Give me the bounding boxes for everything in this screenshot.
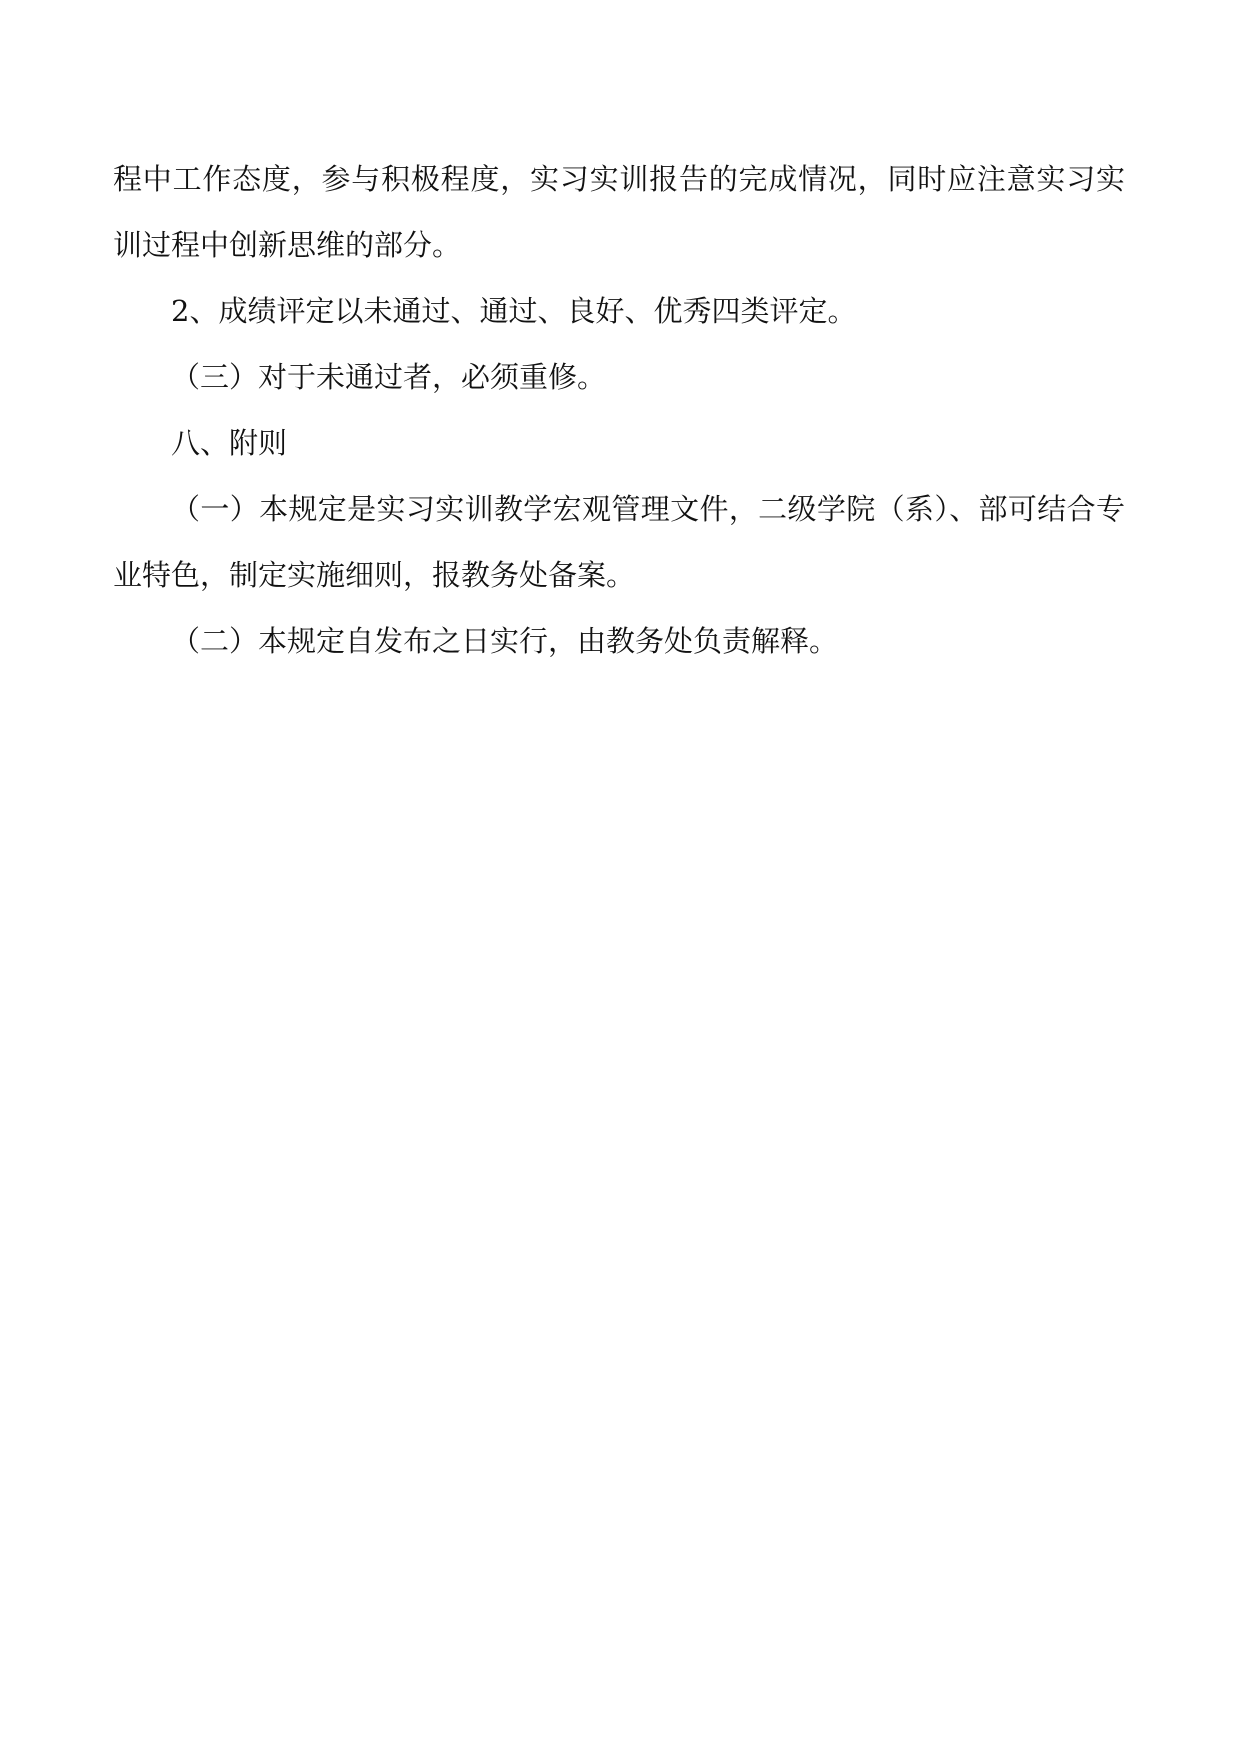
section-heading-supplementary-provisions: 八、附则: [113, 410, 1125, 476]
paragraph-retake-clause: （三）对于未通过者，必须重修。: [113, 344, 1125, 410]
paragraph-grading-clause: 2、成绩评定以未通过、通过、良好、优秀四类评定。: [113, 278, 1125, 344]
paragraph-provision-one: （一）本规定是实习实训教学宏观管理文件，二级学院（系）、部可结合专业特色，制定实…: [113, 476, 1125, 608]
paragraph-provision-two: （二）本规定自发布之日实行，由教务处负责解释。: [113, 608, 1125, 674]
paragraph-continuation: 程中工作态度，参与积极程度，实习实训报告的完成情况，同时应注意实习实训过程中创新…: [113, 146, 1125, 278]
document-page: 程中工作态度，参与积极程度，实习实训报告的完成情况，同时应注意实习实训过程中创新…: [0, 0, 1242, 1755]
document-body-text: 程中工作态度，参与积极程度，实习实训报告的完成情况，同时应注意实习实训过程中创新…: [113, 146, 1125, 674]
